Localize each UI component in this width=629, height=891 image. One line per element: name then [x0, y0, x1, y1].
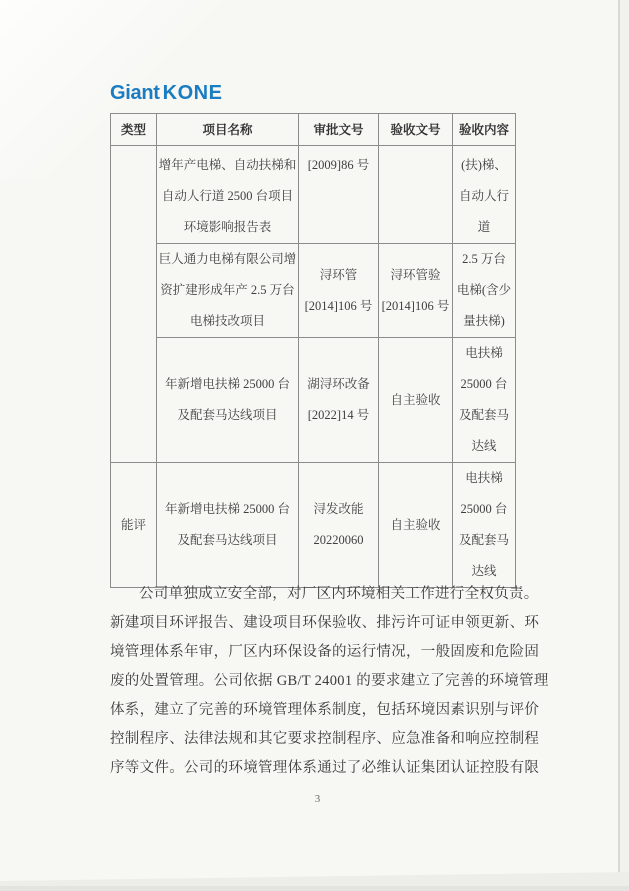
- logo-kone-text: KONE: [163, 82, 223, 104]
- paragraph-line: 废的处置管理。公司依据 GB/T 24001 的要求建立了完善的环境管理: [110, 667, 525, 696]
- cell-acceptance-no: 浔环管验 [2014]106 号: [379, 244, 453, 338]
- paragraph-line: 新建项目环评报告、建设项目环保验收、排污许可证申领更新、环: [110, 609, 525, 638]
- cell-approval-no: 浔发改能 20220060: [299, 463, 379, 588]
- cell-project-name: 年新增电扶梯 25000 台 及配套马达线项目: [157, 463, 299, 588]
- paragraph-line: 体系，建立了完善的环境管理体系制度，包括环境因素识别与评价: [110, 696, 525, 725]
- header-type: 类型: [111, 114, 157, 146]
- cell-acceptance-no: [379, 146, 453, 244]
- table-row: 巨人通力电梯有限公司增 资扩建形成年产 2.5 万台 电梯技改项目 浔环管 [2…: [111, 244, 516, 338]
- cell-acceptance-content: 2.5 万台 电梯(含少 量扶梯): [453, 244, 516, 338]
- cell-approval-no: [2009]86 号: [299, 146, 379, 244]
- cell-project-name: 年新增电扶梯 25000 台 及配套马达线项目: [157, 338, 299, 463]
- cell-acceptance-no: 自主验收: [379, 463, 453, 588]
- paragraph-line: 境管理体系年审，厂区内环保设备的运行情况，一般固废和危险固: [110, 638, 525, 667]
- cell-acceptance-content: 电扶梯 25000 台 及配套马 达线: [453, 338, 516, 463]
- header-approval-no: 审批文号: [299, 114, 379, 146]
- giantkone-logo: GiantKONE: [110, 82, 222, 105]
- logo-giant-text: Giant: [110, 82, 160, 104]
- header-acceptance-no: 验收文号: [379, 114, 453, 146]
- paragraph-line: 公司单独成立安全部，对厂区内环境相关工作进行全权负责。: [110, 580, 525, 609]
- table-row: 能评 年新增电扶梯 25000 台 及配套马达线项目 浔发改能 20220060…: [111, 463, 516, 588]
- body-paragraph: 公司单独成立安全部，对厂区内环境相关工作进行全权负责。 新建项目环评报告、建设项…: [110, 580, 525, 783]
- cell-type-merged: [111, 146, 157, 463]
- paragraph-line: 序等文件。公司的环境管理体系通过了必维认证集团认证控股有限: [110, 754, 525, 783]
- cell-acceptance-content: (扶)梯、 自动人行 道: [453, 146, 516, 244]
- table-row: 年新增电扶梯 25000 台 及配套马达线项目 湖浔环改备 [2022]14 号…: [111, 338, 516, 463]
- cell-project-name: 巨人通力电梯有限公司增 资扩建形成年产 2.5 万台 电梯技改项目: [157, 244, 299, 338]
- header-project-name: 项目名称: [157, 114, 299, 146]
- project-approval-table: 类型 项目名称 审批文号 验收文号 验收内容 增年产电梯、自动扶梯和 自动人行道…: [110, 113, 516, 588]
- header-acceptance-content: 验收内容: [453, 114, 516, 146]
- page-number: 3: [110, 793, 525, 805]
- scan-bottom-strip: [0, 886, 629, 891]
- table-row: 增年产电梯、自动扶梯和 自动人行道 2500 台项目 环境影响报告表 [2009…: [111, 146, 516, 244]
- scanned-document-page: { "logo": { "part1": "Giant", "part2": "…: [0, 0, 629, 891]
- cell-acceptance-content: 电扶梯 25000 台 及配套马 达线: [453, 463, 516, 588]
- paragraph-line: 控制程序、法律法规和其它要求控制程序、应急准备和响应控制程: [110, 725, 525, 754]
- cell-type: 能评: [111, 463, 157, 588]
- cell-approval-no: 湖浔环改备 [2022]14 号: [299, 338, 379, 463]
- cell-acceptance-no: 自主验收: [379, 338, 453, 463]
- scan-right-page-edge: [618, 0, 629, 891]
- cell-approval-no: 浔环管 [2014]106 号: [299, 244, 379, 338]
- table-header-row: 类型 项目名称 审批文号 验收文号 验收内容: [111, 114, 516, 146]
- cell-project-name: 增年产电梯、自动扶梯和 自动人行道 2500 台项目 环境影响报告表: [157, 146, 299, 244]
